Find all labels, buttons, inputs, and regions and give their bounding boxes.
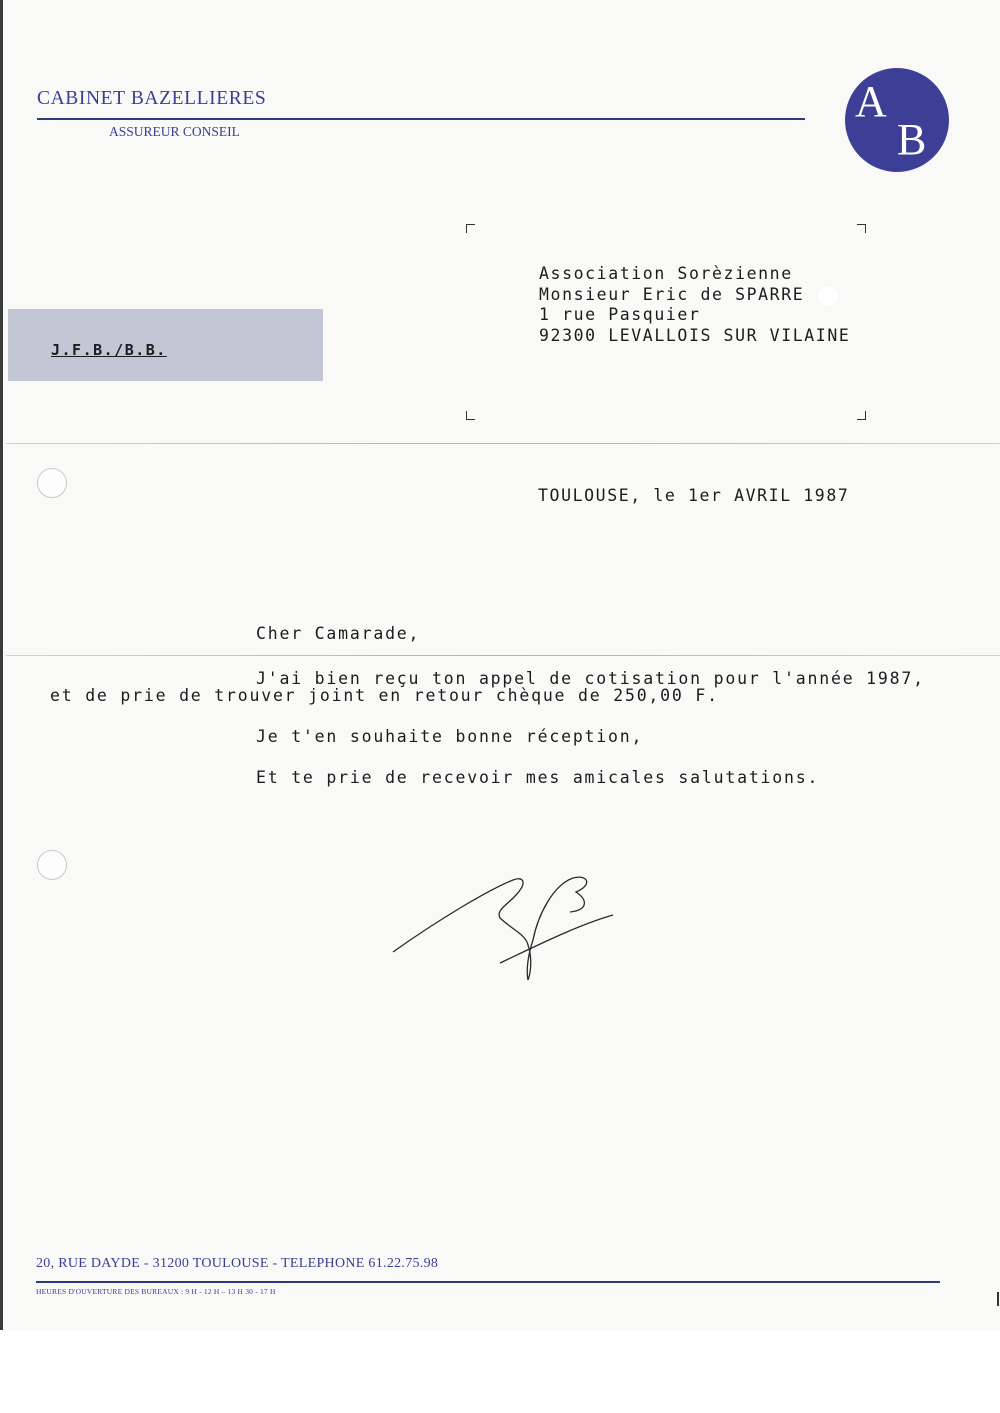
handwritten-signature	[388, 860, 628, 980]
body-paragraph-3: Et te prie de recevoir mes amicales salu…	[256, 768, 819, 787]
address-window-corner-mark	[857, 224, 866, 233]
punch-hole	[37, 850, 67, 880]
salutation: Cher Camarade,	[256, 624, 420, 643]
date-line: TOULOUSE, le 1er AVRIL 1987	[538, 486, 849, 505]
office-hours: HEURES D'OUVERTURE DES BUREAUX : 9 H - 1…	[36, 1287, 276, 1296]
address-window-corner-mark	[466, 224, 475, 233]
company-logo: A B	[845, 68, 949, 172]
logo-letter-a: A	[855, 80, 887, 124]
recipient-name: Monsieur Eric de SPARRE	[539, 285, 804, 304]
recipient-city: 92300 LEVALLOIS SUR VILAINE	[539, 326, 850, 345]
edge-mark	[997, 1292, 999, 1306]
recipient-organization: Association Sorèzienne	[539, 264, 793, 283]
letter-page: CABINET BAZELLIERES ASSUREUR CONSEIL A B…	[0, 0, 1000, 1330]
header-rule	[37, 118, 805, 120]
reference-code: J.F.B./B.B.	[51, 341, 167, 359]
body-paragraph-2: Je t'en souhaite bonne réception,	[256, 727, 643, 746]
punch-hole	[37, 468, 67, 498]
footer-address: 20, RUE DAYDE - 31200 TOULOUSE - TELEPHO…	[36, 1256, 438, 1272]
body-paragraph-1-line-2: et de prie de trouver joint en retour ch…	[50, 686, 719, 705]
address-window-corner-mark	[466, 411, 475, 420]
logo-letter-b: B	[897, 118, 926, 162]
fold-line	[6, 443, 1000, 444]
footer-rule	[36, 1281, 940, 1283]
paper-mark	[818, 286, 838, 306]
company-name: CABINET BAZELLIERES	[37, 88, 266, 110]
address-window-corner-mark	[857, 411, 866, 420]
fold-line	[6, 655, 1000, 656]
recipient-street: 1 rue Pasquier	[539, 305, 700, 324]
company-subtitle: ASSUREUR CONSEIL	[109, 124, 240, 140]
